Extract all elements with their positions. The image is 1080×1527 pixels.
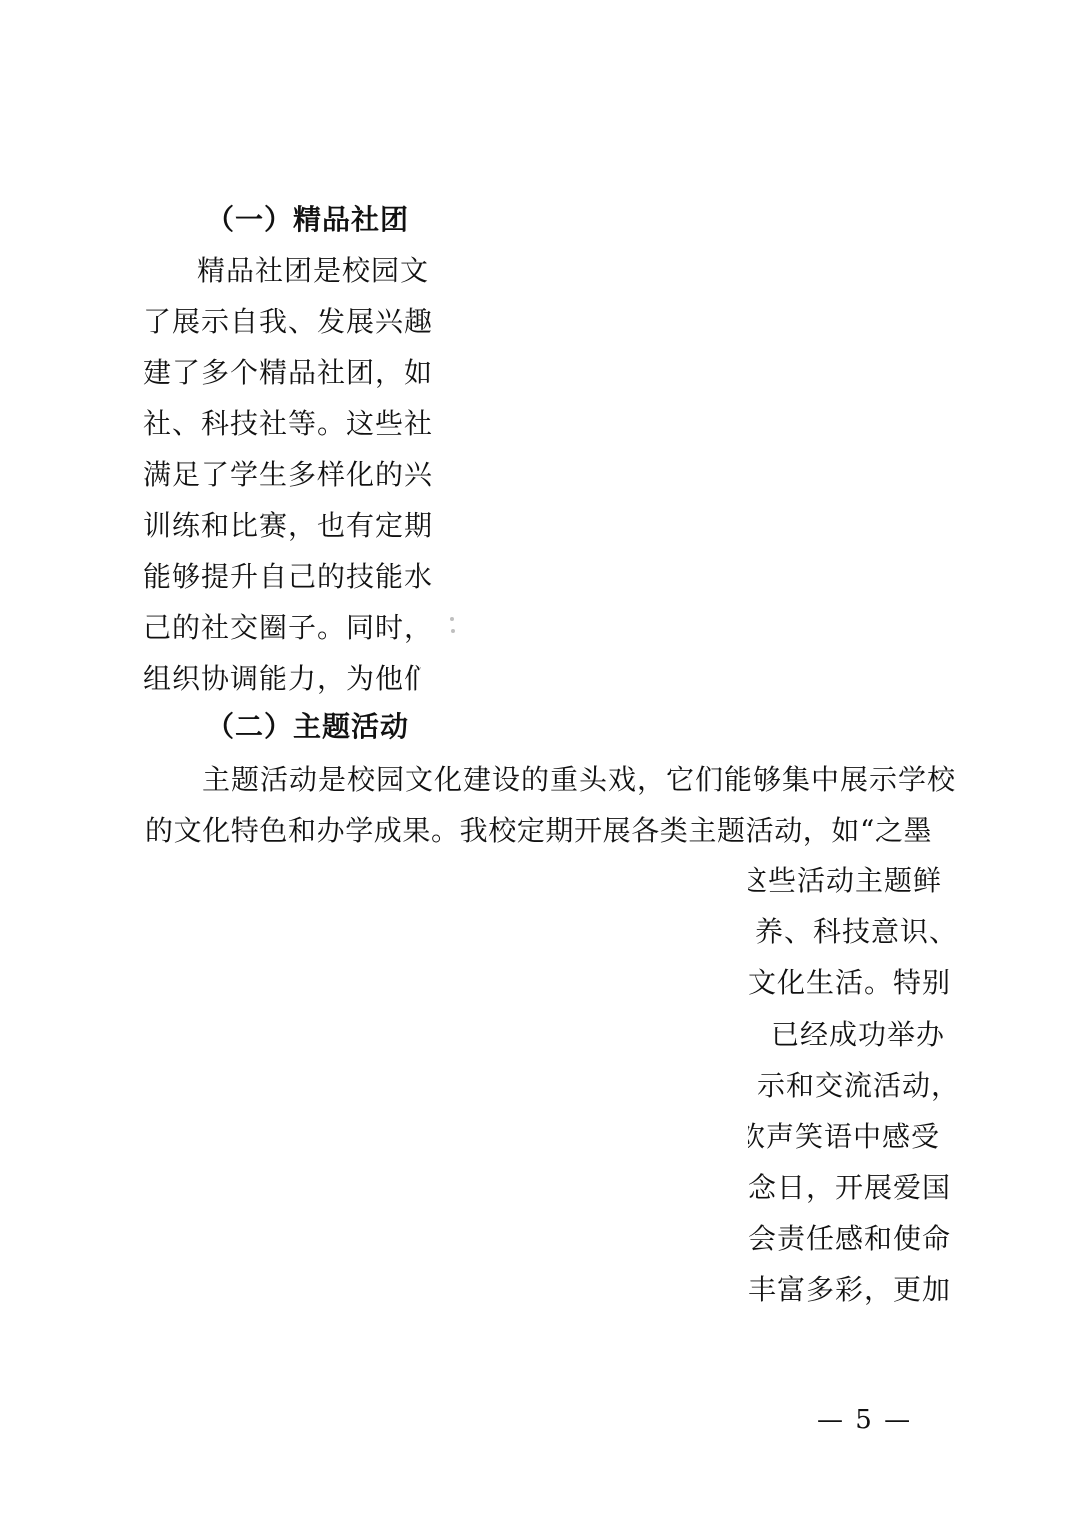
text-line-fragment: 文化生活。特别 — [748, 968, 951, 998]
text-line: 组织协调能力，为他们 — [143, 664, 421, 694]
section-2-heading: （二）主题活动 — [206, 712, 409, 742]
section-1-heading: （一）精品社团 — [206, 205, 409, 235]
text-line: 满足了学生多样化的兴 — [143, 460, 433, 490]
document-page: （一）精品社团 精品社团是校园文 了展示自我、发展兴趣 建了多个精品社团，如 社… — [0, 0, 1080, 1527]
text-line: 能够提升自己的技能水 — [143, 562, 433, 592]
text-line-fragment: 已经成功举办 — [771, 1020, 945, 1050]
text-line-fragment: 欢声笑语中感受 — [748, 1122, 940, 1152]
text-line: 的文化特色和办学成果。我校定期开展各类主题活动，如“之墨 — [145, 816, 932, 846]
text-line: 了展示自我、发展兴趣 — [143, 307, 433, 337]
scan-artifact-dot — [450, 617, 454, 621]
text-line: 主题活动是校园文化建设的重头戏，它们能够集中展示学校 — [202, 765, 956, 795]
text-line: 社、科技社等。这些社 — [143, 409, 433, 439]
text-line: 精品社团是校园文 — [197, 256, 429, 286]
text-line-fragment: 这些活动主题鲜 — [748, 866, 942, 896]
page-number: — 5 — — [817, 1405, 912, 1435]
clipped-char: 们 — [404, 664, 421, 694]
text-line: 训练和比赛，也有定期 — [143, 511, 433, 541]
text-line-fragment: 念日，开展爱国 — [748, 1173, 951, 1203]
clipped-char: 欢 — [748, 1122, 766, 1152]
scan-artifact-dot — [451, 629, 455, 633]
text-line-fragment: 会责任感和使命 — [748, 1224, 951, 1254]
clipped-char: 这 — [748, 866, 768, 896]
text-line-fragment: 示和交流活动， — [757, 1071, 960, 1101]
text-line: 己的社交圈子。同时， — [143, 613, 433, 643]
text-line-fragment: 养、科技意识、 — [755, 917, 958, 947]
text-line-fragment: 丰富多彩，更加 — [748, 1275, 951, 1305]
text-line: 建了多个精品社团，如 — [143, 358, 433, 388]
